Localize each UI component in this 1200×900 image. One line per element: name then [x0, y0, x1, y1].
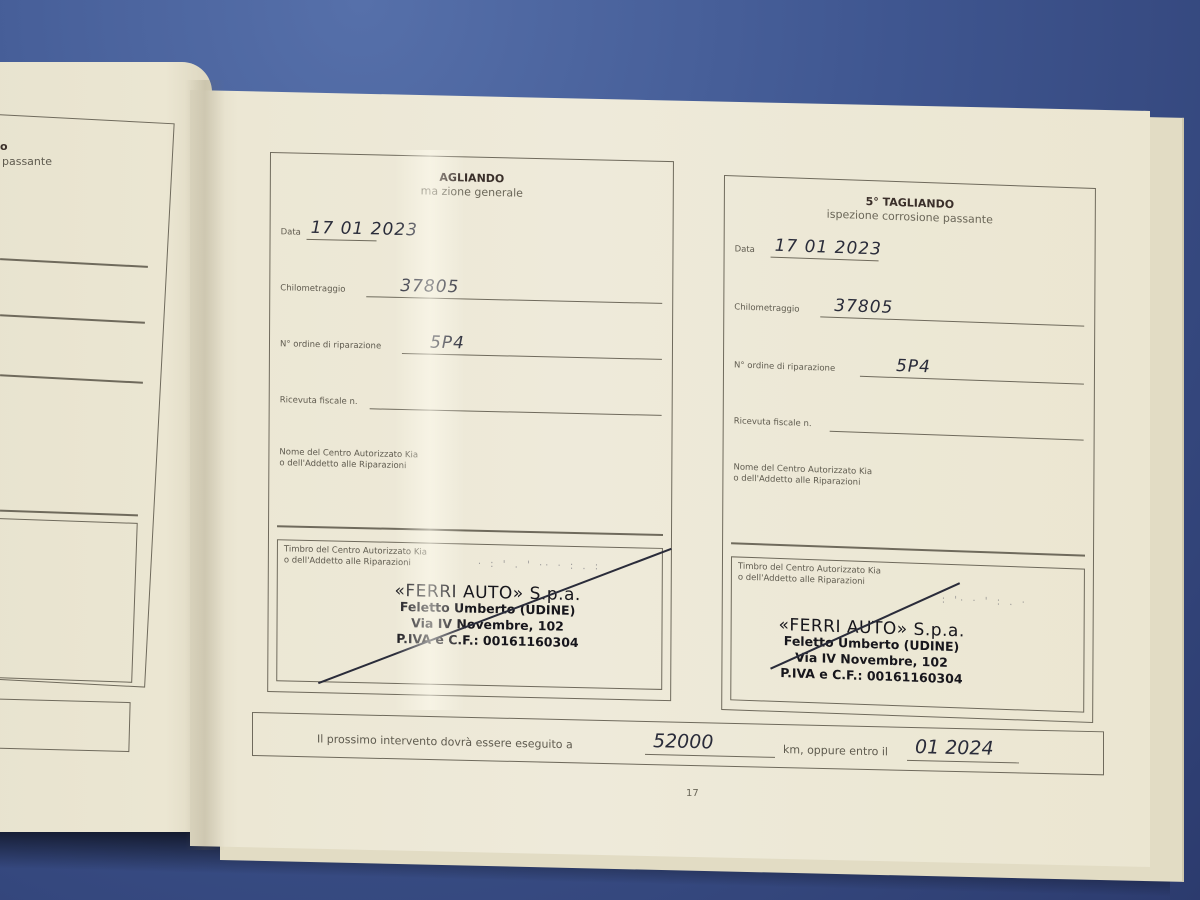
- book-gutter: [185, 80, 225, 850]
- repair-order-underline: [402, 353, 662, 360]
- repair-order-field[interactable]: N° ordine di riparazione 5P4: [280, 321, 662, 360]
- date-label: Data: [735, 244, 755, 255]
- date-field[interactable]: Data 17 01 2023: [735, 226, 1085, 268]
- left-stamp-box: [0, 517, 138, 683]
- dealer-stamp: «FERRI AUTO» S.p.a. Feletto Umberto (UDI…: [751, 616, 991, 688]
- service-center-label-line2: o dell'Addetto alle Riparazioni: [279, 458, 418, 472]
- next-service-date-value[interactable]: 01 2024: [915, 736, 994, 760]
- next-service-km-underline: [645, 754, 775, 758]
- repair-order-field[interactable]: N° ordine di riparazione 5P4: [734, 342, 1084, 384]
- mileage-value: 37805: [834, 296, 893, 318]
- mileage-label: Chilometraggio: [280, 283, 345, 294]
- mileage-underline: [820, 316, 1084, 326]
- date-value: 17 01 2023: [775, 236, 882, 260]
- date-label: Data: [281, 227, 301, 237]
- receipt-label: Ricevuta fiscale n.: [734, 416, 812, 429]
- stamp-label-line2: o dell'Addetto alle Riparazioni: [284, 555, 427, 569]
- service-card-5: 5° TAGLIANDO ispezione corrosione passan…: [721, 175, 1096, 723]
- service-card-4: AGLIANDO ma zione generale Data 17 01 20…: [267, 152, 674, 701]
- receipt-field[interactable]: Ricevuta fiscale n.: [734, 398, 1084, 440]
- mileage-underline: [366, 296, 662, 304]
- receipt-underline: [830, 431, 1084, 441]
- next-service-text-before: Il prossimo intervento dovrà essere eseg…: [317, 732, 573, 751]
- service-center-label: Nome del Centro Autorizzato Kia o dell'A…: [733, 462, 872, 489]
- service-center-underline: [731, 542, 1085, 556]
- mileage-field[interactable]: Chilometraggio 37805: [734, 284, 1084, 326]
- next-service-text-middle: km, oppure entro il: [783, 743, 888, 758]
- page-number: 17: [686, 788, 699, 799]
- stamp-box: Timbro del Centro Autorizzato Kia o dell…: [276, 539, 663, 690]
- left-card-title-fragment: o: [0, 140, 8, 153]
- repair-order-underline: [860, 376, 1084, 385]
- date-field[interactable]: Data 17 01 2023: [281, 209, 663, 248]
- repair-order-value: 5P4: [430, 333, 465, 354]
- repair-order-label: N° ordine di riparazione: [280, 339, 381, 351]
- faded-stamp-smudge: : '· · ' : . ·: [942, 595, 1028, 609]
- next-service-km-value[interactable]: 52000: [653, 730, 713, 753]
- stamp-label: Timbro del Centro Autorizzato Kia o dell…: [738, 562, 881, 589]
- repair-order-value: 5P4: [896, 356, 931, 377]
- left-next-service-box: [0, 698, 131, 752]
- receipt-field[interactable]: Ricevuta fiscale n.: [280, 377, 662, 416]
- receipt-label: Ricevuta fiscale n.: [280, 395, 358, 407]
- faded-stamp-smudge: · : ' . ' ·· · : . :: [478, 559, 601, 573]
- repair-order-label: N° ordine di riparazione: [734, 360, 835, 374]
- mileage-field[interactable]: Chilometraggio 37805: [280, 265, 662, 304]
- service-center-underline: [277, 525, 663, 535]
- stamp-box: Timbro del Centro Autorizzato Kia o dell…: [730, 556, 1085, 712]
- left-card-subtitle-fragment: passante: [2, 155, 52, 168]
- receipt-underline: [370, 408, 662, 416]
- mileage-value: 37805: [400, 276, 459, 297]
- mileage-label: Chilometraggio: [734, 302, 799, 314]
- next-service-date-underline: [907, 760, 1019, 764]
- date-value: 17 01 2023: [311, 218, 418, 240]
- service-center-label: Nome del Centro Autorizzato Kia o dell'A…: [279, 447, 418, 472]
- stamp-label: Timbro del Centro Autorizzato Kia o dell…: [284, 544, 427, 569]
